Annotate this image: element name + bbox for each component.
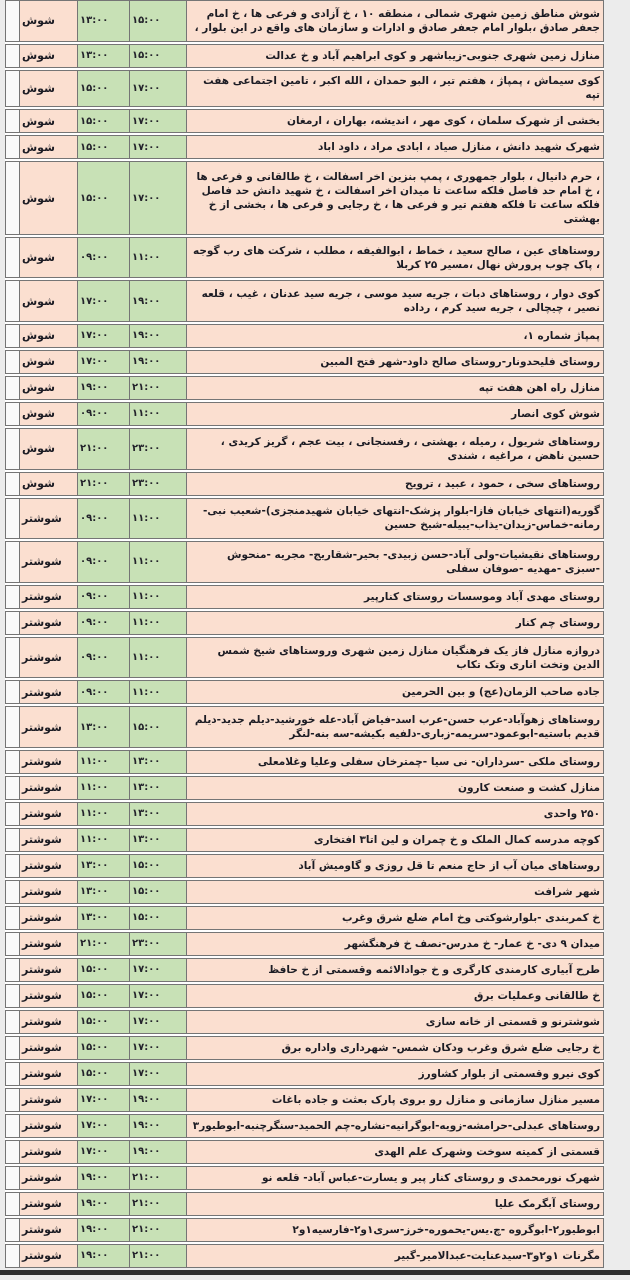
row-margin-cell bbox=[5, 932, 20, 956]
area-cell: منازل کشت و صنعت کارون bbox=[186, 776, 604, 800]
row-margin-cell bbox=[5, 161, 20, 234]
table-row: شوشتر ۰۹:۰۰ ۱۱:۰۰ جاده صاحب الزمان(عج) و… bbox=[5, 680, 604, 704]
city-cell: شوش bbox=[19, 135, 78, 159]
city-cell: شوشتر bbox=[19, 880, 78, 904]
city-cell: شوش bbox=[19, 350, 78, 374]
end-time-cell: ۱۱:۰۰ bbox=[129, 237, 187, 279]
area-cell: روستاهای زهوآباد-عرب حسن-عرب اسد-فیاض آب… bbox=[186, 706, 604, 748]
row-margin-cell bbox=[5, 1036, 20, 1060]
end-time-cell: ۲۳:۰۰ bbox=[129, 428, 187, 470]
start-time-cell: ۱۳:۰۰ bbox=[77, 0, 130, 42]
table-row: شوشتر ۱۷:۰۰ ۱۹:۰۰ مسیر منازل سازمانی و م… bbox=[5, 1088, 604, 1112]
table-row: شوشتر ۱۱:۰۰ ۱۳:۰۰ کوچه مدرسه کمال الملک … bbox=[5, 828, 604, 852]
city-cell: شوشتر bbox=[19, 541, 78, 583]
start-time-cell: ۲۱:۰۰ bbox=[77, 472, 130, 496]
area-cell: قسمتی از کمیته سوخت وشهرک علم الهدی bbox=[186, 1140, 604, 1164]
table-row: شوشتر ۱۳:۰۰ ۱۵:۰۰ روستاهای میان آب از حا… bbox=[5, 854, 604, 878]
end-time-cell: ۲۳:۰۰ bbox=[129, 932, 187, 956]
end-time-cell: ۱۷:۰۰ bbox=[129, 135, 187, 159]
table-row: شوشتر ۱۹:۰۰ ۲۱:۰۰ شهرک نورمحمدی و روستای… bbox=[5, 1166, 604, 1190]
end-time-cell: ۲۱:۰۰ bbox=[129, 1218, 187, 1242]
table-row: شوشتر ۱۹:۰۰ ۲۱:۰۰ روستای آبگرمک علیا bbox=[5, 1192, 604, 1216]
table-row: شوشتر ۱۷:۰۰ ۱۹:۰۰ قسمتی از کمیته سوخت وش… bbox=[5, 1140, 604, 1164]
row-margin-cell bbox=[5, 680, 20, 704]
area-cell: روستاهای عین ، صالح سعید ، خماط ، ابوالف… bbox=[186, 237, 604, 279]
start-time-cell: ۱۳:۰۰ bbox=[77, 44, 130, 68]
city-cell: شوشتر bbox=[19, 984, 78, 1008]
start-time-cell: ۰۹:۰۰ bbox=[77, 498, 130, 540]
start-time-cell: ۱۵:۰۰ bbox=[77, 135, 130, 159]
table-row: شوش ۲۱:۰۰ ۲۳:۰۰ روستاهای شریول ، رمیله ،… bbox=[5, 428, 604, 470]
area-cell: منازل راه اهن هفت تپه bbox=[186, 376, 604, 400]
start-time-cell: ۱۵:۰۰ bbox=[77, 1036, 130, 1060]
end-time-cell: ۱۷:۰۰ bbox=[129, 70, 187, 108]
start-time-cell: ۰۹:۰۰ bbox=[77, 541, 130, 583]
row-margin-cell bbox=[5, 1244, 20, 1268]
area-cell: خ کمربندی -بلوارشوکتی وخ امام ضلع شرق وغ… bbox=[186, 906, 604, 930]
row-margin-cell bbox=[5, 802, 20, 826]
city-cell: شوشتر bbox=[19, 1036, 78, 1060]
row-margin-cell bbox=[5, 376, 20, 400]
end-time-cell: ۱۵:۰۰ bbox=[129, 906, 187, 930]
row-margin-cell bbox=[5, 402, 20, 426]
area-cell: شوش کوی انصار bbox=[186, 402, 604, 426]
end-time-cell: ۱۹:۰۰ bbox=[129, 1140, 187, 1164]
table-row: شوشتر ۱۳:۰۰ ۱۵:۰۰ روستاهای زهوآباد-عرب ح… bbox=[5, 706, 604, 748]
table-row: شوشتر ۰۹:۰۰ ۱۱:۰۰ دروازه منازل فاز یک فر… bbox=[5, 637, 604, 679]
row-margin-cell bbox=[5, 906, 20, 930]
city-cell: شوشتر bbox=[19, 802, 78, 826]
area-cell: خ طالقانی وعملیات برق bbox=[186, 984, 604, 1008]
city-cell: شوشتر bbox=[19, 1088, 78, 1112]
start-time-cell: ۱۱:۰۰ bbox=[77, 776, 130, 800]
start-time-cell: ۱۵:۰۰ bbox=[77, 70, 130, 108]
area-cell: روستاهای میان آب از حاج منعم تا قل روزی … bbox=[186, 854, 604, 878]
area-cell: شوشترنو و قسمتی از خانه سازی bbox=[186, 1010, 604, 1034]
end-time-cell: ۱۵:۰۰ bbox=[129, 44, 187, 68]
city-cell: شوشتر bbox=[19, 498, 78, 540]
end-time-cell: ۱۷:۰۰ bbox=[129, 1010, 187, 1034]
end-time-cell: ۱۷:۰۰ bbox=[129, 161, 187, 234]
area-cell: شوش مناطق زمین شهری شمالی ، منطقه ۱۰ ، خ… bbox=[186, 0, 604, 42]
table-bottom-border bbox=[0, 1270, 630, 1275]
area-cell: کوی نیرو وقسمتی از بلوار کشاورز bbox=[186, 1062, 604, 1086]
table-row: شوشتر ۰۹:۰۰ ۱۱:۰۰ روستای مهدی آباد وموسس… bbox=[5, 585, 604, 609]
city-cell: شوش bbox=[19, 109, 78, 133]
start-time-cell: ۲۱:۰۰ bbox=[77, 932, 130, 956]
row-margin-cell bbox=[5, 854, 20, 878]
area-cell: روستاهای شریول ، رمیله ، بهشتی ، رفسنجان… bbox=[186, 428, 604, 470]
city-cell: شوشتر bbox=[19, 680, 78, 704]
city-cell: شوشتر bbox=[19, 1140, 78, 1164]
city-cell: شوشتر bbox=[19, 1062, 78, 1086]
row-margin-cell bbox=[5, 1218, 20, 1242]
row-margin-cell bbox=[5, 637, 20, 679]
area-cell: طرح آبیاری کارمندی کارگری و خ جوادالائمه… bbox=[186, 958, 604, 982]
table-row: شوشتر ۱۱:۰۰ ۱۳:۰۰ ۲۵۰ واحدی bbox=[5, 802, 604, 826]
start-time-cell: ۱۷:۰۰ bbox=[77, 1114, 130, 1138]
start-time-cell: ۰۹:۰۰ bbox=[77, 237, 130, 279]
area-cell: کوی سیماش ، پمپاژ ، هفتم تیر ، البو حمدا… bbox=[186, 70, 604, 108]
row-margin-cell bbox=[5, 1166, 20, 1190]
end-time-cell: ۲۱:۰۰ bbox=[129, 1192, 187, 1216]
start-time-cell: ۱۵:۰۰ bbox=[77, 161, 130, 234]
table-row: شوشتر ۱۱:۰۰ ۱۳:۰۰ منازل کشت و صنعت کارون bbox=[5, 776, 604, 800]
area-cell: مگرنات ۱و۲و۳-سیدعنایت-عبدالامیر-گبیر bbox=[186, 1244, 604, 1268]
city-cell: شوشتر bbox=[19, 932, 78, 956]
end-time-cell: ۱۹:۰۰ bbox=[129, 1114, 187, 1138]
row-margin-cell bbox=[5, 828, 20, 852]
start-time-cell: ۱۹:۰۰ bbox=[77, 1166, 130, 1190]
end-time-cell: ۱۷:۰۰ bbox=[129, 958, 187, 982]
area-cell: گوریه(انتهای خیابان فازا-بلوار پزشک-انته… bbox=[186, 498, 604, 540]
start-time-cell: ۱۵:۰۰ bbox=[77, 109, 130, 133]
start-time-cell: ۱۱:۰۰ bbox=[77, 750, 130, 774]
area-cell: ابوطیور۲-ابوگروه -چ.یس-یحموره-خرز-سری۱و۲… bbox=[186, 1218, 604, 1242]
end-time-cell: ۱۱:۰۰ bbox=[129, 541, 187, 583]
row-margin-cell bbox=[5, 237, 20, 279]
city-cell: شوش bbox=[19, 376, 78, 400]
city-cell: شوشتر bbox=[19, 585, 78, 609]
city-cell: شوشتر bbox=[19, 706, 78, 748]
area-cell: روستاهای عبدلی-حرامشه-زویه-ابوگرانیه-نشا… bbox=[186, 1114, 604, 1138]
area-cell: جاده صاحب الزمان(عج) و بین الحرمین bbox=[186, 680, 604, 704]
city-cell: شوشتر bbox=[19, 854, 78, 878]
end-time-cell: ۱۳:۰۰ bbox=[129, 802, 187, 826]
city-cell: شوش bbox=[19, 472, 78, 496]
area-cell: روستای فلیحدونار-روستای صالح داود-شهر فت… bbox=[186, 350, 604, 374]
city-cell: شوش bbox=[19, 428, 78, 470]
area-cell: روستای آبگرمک علیا bbox=[186, 1192, 604, 1216]
city-cell: شوش bbox=[19, 44, 78, 68]
city-cell: شوشتر bbox=[19, 906, 78, 930]
row-margin-cell bbox=[5, 750, 20, 774]
start-time-cell: ۱۷:۰۰ bbox=[77, 1088, 130, 1112]
row-margin-cell bbox=[5, 1114, 20, 1138]
row-margin-cell bbox=[5, 1088, 20, 1112]
row-margin-cell bbox=[5, 880, 20, 904]
table-row: شوش ۰۹:۰۰ ۱۱:۰۰ شوش کوی انصار bbox=[5, 402, 604, 426]
end-time-cell: ۱۵:۰۰ bbox=[129, 0, 187, 42]
row-margin-cell bbox=[5, 1192, 20, 1216]
row-margin-cell bbox=[5, 541, 20, 583]
area-cell: کوی دوار ، روستاهای دبات ، جریه سید موسی… bbox=[186, 280, 604, 322]
row-margin-cell bbox=[5, 0, 20, 42]
row-margin-cell bbox=[5, 1140, 20, 1164]
schedule-table: شوش ۱۳:۰۰ ۱۵:۰۰ شوش مناطق زمین شهری شمال… bbox=[5, 0, 604, 1268]
row-margin-cell bbox=[5, 585, 20, 609]
table-row: شوشتر ۱۹:۰۰ ۲۱:۰۰ ابوطیور۲-ابوگروه -چ.یس… bbox=[5, 1218, 604, 1242]
start-time-cell: ۱۵:۰۰ bbox=[77, 1010, 130, 1034]
table-row: شوش ۱۵:۰۰ ۱۷:۰۰ کوی سیماش ، پمپاژ ، هفتم… bbox=[5, 70, 604, 108]
start-time-cell: ۱۵:۰۰ bbox=[77, 958, 130, 982]
city-cell: شوشتر bbox=[19, 828, 78, 852]
end-time-cell: ۲۱:۰۰ bbox=[129, 1166, 187, 1190]
table-row: شوشتر ۲۱:۰۰ ۲۳:۰۰ میدان ۹ دی- خ عمار- خ … bbox=[5, 932, 604, 956]
table-row: شوشتر ۱۹:۰۰ ۲۱:۰۰ مگرنات ۱و۲و۳-سیدعنایت-… bbox=[5, 1244, 604, 1268]
row-margin-cell bbox=[5, 70, 20, 108]
row-margin-cell bbox=[5, 611, 20, 635]
city-cell: شوش bbox=[19, 161, 78, 234]
end-time-cell: ۱۱:۰۰ bbox=[129, 680, 187, 704]
city-cell: شوشتر bbox=[19, 1218, 78, 1242]
city-cell: شوش bbox=[19, 280, 78, 322]
end-time-cell: ۲۳:۰۰ bbox=[129, 472, 187, 496]
city-cell: شوشتر bbox=[19, 1010, 78, 1034]
area-cell: کوچه مدرسه کمال الملک و خ چمران و لین ات… bbox=[186, 828, 604, 852]
city-cell: شوشتر bbox=[19, 637, 78, 679]
area-cell: روستاهای نقیشیات-ولی آباد-حسن زبیدی- بحی… bbox=[186, 541, 604, 583]
end-time-cell: ۱۹:۰۰ bbox=[129, 1088, 187, 1112]
start-time-cell: ۱۳:۰۰ bbox=[77, 880, 130, 904]
start-time-cell: ۰۹:۰۰ bbox=[77, 637, 130, 679]
end-time-cell: ۱۷:۰۰ bbox=[129, 984, 187, 1008]
table-row: شوش ۱۳:۰۰ ۱۵:۰۰ منازل زمین شهری جنوبی-زی… bbox=[5, 44, 604, 68]
table-row: شوش ۱۷:۰۰ ۱۹:۰۰ روستای فلیحدونار-روستای … bbox=[5, 350, 604, 374]
table-row: شوش ۱۷:۰۰ ۱۹:۰۰ پمپاژ شماره ۱، bbox=[5, 324, 604, 348]
city-cell: شوشتر bbox=[19, 611, 78, 635]
start-time-cell: ۱۳:۰۰ bbox=[77, 854, 130, 878]
end-time-cell: ۱۷:۰۰ bbox=[129, 1062, 187, 1086]
end-time-cell: ۱۷:۰۰ bbox=[129, 109, 187, 133]
table-row: شوش ۱۵:۰۰ ۱۷:۰۰ بخشی از شهرک سلمان ، کوی… bbox=[5, 109, 604, 133]
start-time-cell: ۱۷:۰۰ bbox=[77, 280, 130, 322]
table-row: شوشتر ۱۵:۰۰ ۱۷:۰۰ خ رجایی ضلع شرق وغرب و… bbox=[5, 1036, 604, 1060]
row-margin-cell bbox=[5, 472, 20, 496]
city-cell: شوشتر bbox=[19, 1244, 78, 1268]
row-margin-cell bbox=[5, 350, 20, 374]
row-margin-cell bbox=[5, 135, 20, 159]
city-cell: شوشتر bbox=[19, 1166, 78, 1190]
end-time-cell: ۱۳:۰۰ bbox=[129, 776, 187, 800]
start-time-cell: ۲۱:۰۰ bbox=[77, 428, 130, 470]
start-time-cell: ۰۹:۰۰ bbox=[77, 585, 130, 609]
end-time-cell: ۱۵:۰۰ bbox=[129, 880, 187, 904]
start-time-cell: ۱۹:۰۰ bbox=[77, 1244, 130, 1268]
area-cell: روستای مهدی آباد وموسسات روستای کنارپیر bbox=[186, 585, 604, 609]
row-margin-cell bbox=[5, 958, 20, 982]
row-margin-cell bbox=[5, 706, 20, 748]
end-time-cell: ۱۹:۰۰ bbox=[129, 280, 187, 322]
table-row: شوشتر ۱۵:۰۰ ۱۷:۰۰ شوشترنو و قسمتی از خان… bbox=[5, 1010, 604, 1034]
area-cell: روستای چم کنار bbox=[186, 611, 604, 635]
start-time-cell: ۱۳:۰۰ bbox=[77, 906, 130, 930]
area-cell: شهر شرافت bbox=[186, 880, 604, 904]
start-time-cell: ۰۹:۰۰ bbox=[77, 611, 130, 635]
row-margin-cell bbox=[5, 428, 20, 470]
start-time-cell: ۱۷:۰۰ bbox=[77, 1140, 130, 1164]
area-cell: پمپاژ شماره ۱، bbox=[186, 324, 604, 348]
end-time-cell: ۱۷:۰۰ bbox=[129, 1036, 187, 1060]
end-time-cell: ۱۳:۰۰ bbox=[129, 750, 187, 774]
city-cell: شوش bbox=[19, 0, 78, 42]
table-row: شوشتر ۱۳:۰۰ ۱۵:۰۰ شهر شرافت bbox=[5, 880, 604, 904]
row-margin-cell bbox=[5, 324, 20, 348]
start-time-cell: ۱۵:۰۰ bbox=[77, 1062, 130, 1086]
table-row: شوشتر ۰۹:۰۰ ۱۱:۰۰ گوریه(انتهای خیابان فا… bbox=[5, 498, 604, 540]
area-cell: مسیر منازل سازمانی و منازل رو بروی پارک … bbox=[186, 1088, 604, 1112]
outage-schedule-screenshot: { "table": { "direction": "rtl", "colors… bbox=[0, 0, 630, 1280]
start-time-cell: ۱۹:۰۰ bbox=[77, 1192, 130, 1216]
row-margin-cell bbox=[5, 1062, 20, 1086]
end-time-cell: ۲۱:۰۰ bbox=[129, 376, 187, 400]
area-cell: روستاهای سخی ، حمود ، عبید ، ترویح bbox=[186, 472, 604, 496]
start-time-cell: ۱۷:۰۰ bbox=[77, 324, 130, 348]
row-margin-cell bbox=[5, 280, 20, 322]
end-time-cell: ۱۵:۰۰ bbox=[129, 854, 187, 878]
row-margin-cell bbox=[5, 984, 20, 1008]
start-time-cell: ۱۵:۰۰ bbox=[77, 984, 130, 1008]
end-time-cell: ۱۱:۰۰ bbox=[129, 585, 187, 609]
start-time-cell: ۱۳:۰۰ bbox=[77, 706, 130, 748]
table-row: شوشتر ۱۵:۰۰ ۱۷:۰۰ خ طالقانی وعملیات برق bbox=[5, 984, 604, 1008]
start-time-cell: ۱۱:۰۰ bbox=[77, 802, 130, 826]
start-time-cell: ۱۷:۰۰ bbox=[77, 350, 130, 374]
start-time-cell: ۱۹:۰۰ bbox=[77, 376, 130, 400]
area-cell: میدان ۹ دی- خ عمار- خ مدرس-نصف خ فرهنگشه… bbox=[186, 932, 604, 956]
row-margin-cell bbox=[5, 776, 20, 800]
area-cell: شهرک نورمحمدی و روستای کنار پیر و یسارت-… bbox=[186, 1166, 604, 1190]
area-cell: شهرک شهید دانش ، منازل صیاد ، ابادی مراد… bbox=[186, 135, 604, 159]
row-margin-cell bbox=[5, 44, 20, 68]
start-time-cell: ۰۹:۰۰ bbox=[77, 680, 130, 704]
end-time-cell: ۱۹:۰۰ bbox=[129, 350, 187, 374]
city-cell: شوشتر bbox=[19, 1114, 78, 1138]
table-row: شوشتر ۰۹:۰۰ ۱۱:۰۰ روستاهای نقیشیات-ولی آ… bbox=[5, 541, 604, 583]
area-cell: ، حرم دانیال ، بلوار جمهوری ، پمپ بنزین … bbox=[186, 161, 604, 234]
end-time-cell: ۲۱:۰۰ bbox=[129, 1244, 187, 1268]
end-time-cell: ۱۵:۰۰ bbox=[129, 706, 187, 748]
table-row: شوش ۱۳:۰۰ ۱۵:۰۰ شوش مناطق زمین شهری شمال… bbox=[5, 0, 604, 42]
city-cell: شوشتر bbox=[19, 776, 78, 800]
start-time-cell: ۱۱:۰۰ bbox=[77, 828, 130, 852]
city-cell: شوشتر bbox=[19, 958, 78, 982]
area-cell: دروازه منازل فاز یک فرهنگیان منازل زمین … bbox=[186, 637, 604, 679]
table-row: شوشتر ۰۹:۰۰ ۱۱:۰۰ روستای چم کنار bbox=[5, 611, 604, 635]
city-cell: شوش bbox=[19, 237, 78, 279]
area-cell: منازل زمین شهری جنوبی-زیباشهر و کوی ابرا… bbox=[186, 44, 604, 68]
table-row: شوشتر ۱۵:۰۰ ۱۷:۰۰ کوی نیرو وقسمتی از بلو… bbox=[5, 1062, 604, 1086]
row-margin-cell bbox=[5, 109, 20, 133]
area-cell: ۲۵۰ واحدی bbox=[186, 802, 604, 826]
table-row: شوش ۱۷:۰۰ ۱۹:۰۰ کوی دوار ، روستاهای دبات… bbox=[5, 280, 604, 322]
start-time-cell: ۱۹:۰۰ bbox=[77, 1218, 130, 1242]
table-row: شوش ۱۵:۰۰ ۱۷:۰۰ شهرک شهید دانش ، منازل ص… bbox=[5, 135, 604, 159]
table-row: شوش ۱۹:۰۰ ۲۱:۰۰ منازل راه اهن هفت تپه bbox=[5, 376, 604, 400]
table-row: شوش ۰۹:۰۰ ۱۱:۰۰ روستاهای عین ، صالح سعید… bbox=[5, 237, 604, 279]
area-cell: خ رجایی ضلع شرق وغرب ودکان شمس- شهرداری … bbox=[186, 1036, 604, 1060]
end-time-cell: ۱۹:۰۰ bbox=[129, 324, 187, 348]
end-time-cell: ۱۱:۰۰ bbox=[129, 402, 187, 426]
end-time-cell: ۱۳:۰۰ bbox=[129, 828, 187, 852]
table-row: شوشتر ۱۷:۰۰ ۱۹:۰۰ روستاهای عبدلی-حرامشه-… bbox=[5, 1114, 604, 1138]
area-cell: روستای ملکی -سرداران- نی سیا -چمترخان سف… bbox=[186, 750, 604, 774]
table-row: شوشتر ۱۳:۰۰ ۱۵:۰۰ خ کمربندی -بلوارشوکتی … bbox=[5, 906, 604, 930]
area-cell: بخشی از شهرک سلمان ، کوی مهر ، اندیشه، ب… bbox=[186, 109, 604, 133]
table-row: شوش ۱۵:۰۰ ۱۷:۰۰ ، حرم دانیال ، بلوار جمه… bbox=[5, 161, 604, 234]
table-row: شوش ۲۱:۰۰ ۲۳:۰۰ روستاهای سخی ، حمود ، عب… bbox=[5, 472, 604, 496]
table-row: شوشتر ۱۱:۰۰ ۱۳:۰۰ روستای ملکی -سرداران- … bbox=[5, 750, 604, 774]
city-cell: شوشتر bbox=[19, 1192, 78, 1216]
row-margin-cell bbox=[5, 498, 20, 540]
end-time-cell: ۱۱:۰۰ bbox=[129, 611, 187, 635]
end-time-cell: ۱۱:۰۰ bbox=[129, 637, 187, 679]
table-row: شوشتر ۱۵:۰۰ ۱۷:۰۰ طرح آبیاری کارمندی کار… bbox=[5, 958, 604, 982]
start-time-cell: ۰۹:۰۰ bbox=[77, 402, 130, 426]
row-margin-cell bbox=[5, 1010, 20, 1034]
city-cell: شوش bbox=[19, 324, 78, 348]
city-cell: شوش bbox=[19, 70, 78, 108]
end-time-cell: ۱۱:۰۰ bbox=[129, 498, 187, 540]
city-cell: شوشتر bbox=[19, 750, 78, 774]
city-cell: شوش bbox=[19, 402, 78, 426]
